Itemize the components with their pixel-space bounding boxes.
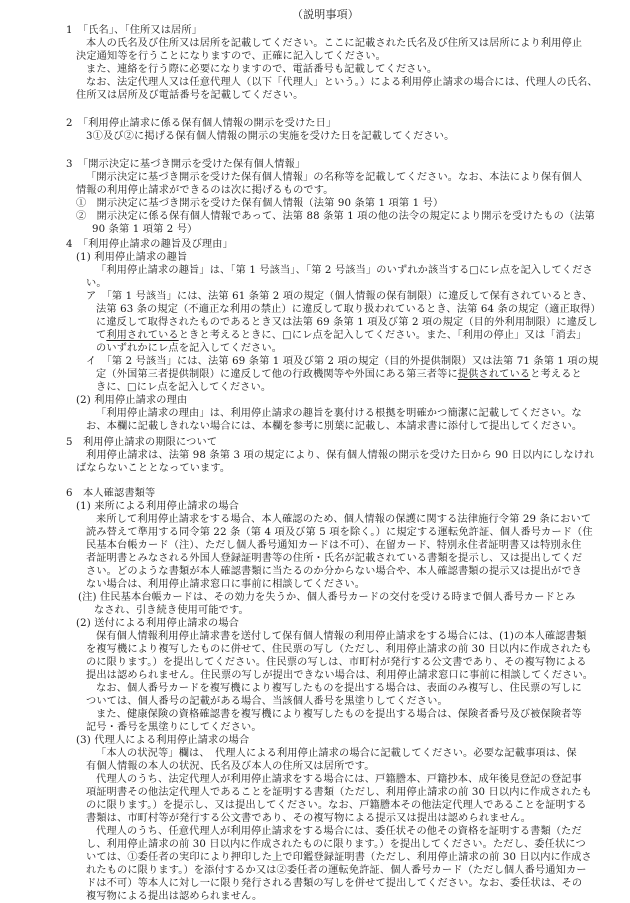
text-line: (3) 代理人による利用停止請求の場合 [76,735,249,747]
text-line: 住所又は居所及び電話番号を記載してください。 [76,90,303,102]
text-line: 1 「氏名」、「住所又は居所」 [66,25,202,37]
text-line: (2) 利用停止請求の理由 [76,395,187,407]
text-line: 情報の利用停止請求ができるのは次に掲げるものです。 [76,185,334,197]
text-segment: て [96,330,106,341]
text-line: れたものに限ります。）を添付するか又は②委任者の運転免許証、個人番号カード（ただ… [86,865,587,877]
text-line: 「利用停止請求の趣旨」は、「第 1 号該当」、「第 2 号該当」のいずれか該当す… [96,265,593,277]
text-line: ついては、個人番号の記載がある場合、当該個人番号を黒塗りしてください。 [86,696,448,708]
text-line: 保有個人情報利用停止請求書を送付して保有個人情報の利用停止請求をする場合には、(… [96,631,586,643]
text-line: 6 本人確認書類等 [66,488,155,500]
text-line: 4 「利用停止請求の趣旨及び理由」 [66,239,233,251]
text-line: ない場合は、利用停止請求窓口に事前に相談してください。 [86,579,365,591]
text-line: い。 [86,278,107,290]
text-line: 複写物による提出は認められません。 [86,891,262,903]
text-line: また、健康保険の資格確認書を複写機により複写したものを提出する場合は、保険者番号… [96,709,582,721]
text-line: (2) 送付による利用停止請求の場合 [76,618,239,630]
text-line: を複写機により複写したものに併せて、住民票の写し（ただし、利用停止請求の前 30… [86,644,592,656]
text-line: 来所して利用停止請求をする場合、本人確認のため、個人情報の保護に関する法律施行令… [96,514,591,526]
text-line: なお、法定代理人又は任意代理人（以下「代理人」という。）による利用停止請求の場合… [86,77,598,89]
text-line: 利用停止請求は、法第 98 条第 3 項の規定により、保有個人情報の開示を受けた… [86,450,594,462]
text-line: 90 条第 1 項第 2 号） [92,224,198,236]
text-line: ドは不可）等本人に対し一に限り発行される書類の写しを併せて提出してください。なお… [86,878,582,890]
text-line: 「開示決定に基づき開示を受けた保有個人情報」の名称等を記載してください。なお、本… [86,172,582,184]
text-line: 「本人の状況等」欄は、 代理人による利用停止請求の場合に記載してください。必要な… [96,748,577,760]
text-line: さい。どのような書類が本人確認書類に当たるのか分からない場合や、本人確認書類の提… [86,566,582,578]
text-line: 記号・番号を黒塗りにしてください。 [86,722,262,734]
text-line: (注) 住民基本台帳カードは、その効力を失うか、個人番号カードの交付を受ける時ま… [78,592,576,604]
text-line: ② 開示決定に係る保有個人情報であって、法第 88 条第 1 項の他の法令の規定… [76,211,595,223]
text-line: 決定通知等を行うことになりますので、正確に記入してください。 [76,51,386,63]
text-line: て利用されているときと考えるときに、□にレ点を記入してください。また、「利用の停… [96,330,587,342]
text-line: に違反して取得されたものであるとき又は法第 69 条第 1 項及び第 2 項の規… [96,317,598,329]
text-line: 5 利用停止請求の期限について [66,437,217,449]
text-line: 3 「開示決定に基づき開示を受けた保有個人情報」 [66,159,305,171]
text-line: ア 「第 1 号該当」には、法第 61 条第 2 項の規定（個人情報の保有制限）… [86,291,593,303]
underlined-text: 提供されている [458,369,530,380]
text-line: 有個人情報の本人の状況、氏名及び本人の住所又は居所です。 [86,761,375,773]
text-line: 提出は認められません。住民票の写しが提出できない場合は、利用停止請求窓口に事前に… [86,670,593,682]
text-line: 3①及び②に掲げる保有個人情報の開示の実施を受けた日を記載してください。 [86,131,454,143]
text-segment: と考えると [530,369,582,380]
text-line: 2 「利用停止請求に係る保有個人情報の開示を受けた日」 [66,118,336,130]
text-line: 項証明書その他法定代理人であることを証明する書類（ただし、利用停止請求の前 30… [86,787,592,799]
text-segment: 定（外国第三者提供制限）に違反して他の行政機関等や外国にある第三者等に [96,369,458,380]
text-line: いては、①委任者の実印により押印した上で印鑑登録証明書（ただし、利用停止請求の前… [86,852,592,864]
text-line: イ 「第 2 号該当」には、法第 69 条第 1 項及び第 2 項の規定（目的外… [86,356,598,368]
text-segment: ときと考えるときに、□にレ点を記入してください。また、「利用の停止」又は「消去」 [179,330,587,341]
text-line: 書類は、市町村等が発行する公文書であり、その複写物による提示又は提出は認められま… [86,813,531,825]
text-line: 代理人のうち、任意代理人が利用停止請求をする場合には、委任状その他その資格を証明… [96,826,582,838]
text-line: お、本欄に記載しきれない場合には、本欄を参考に別葉に記載し、本請求書に添付して提… [86,421,582,433]
text-line: 代理人のうち、法定代理人が利用停止請求をする場合には、戸籍謄本、戸籍抄本、成年後… [96,774,582,786]
underlined-text: 利用されている [106,330,178,341]
text-line: 「利用停止請求の理由」は、利用停止請求の趣旨を裏付ける根拠を明確かつ簡潔に記載し… [96,408,582,420]
page-title: （説明事項） [292,9,359,21]
text-line: また、連絡を行う際に必要になりますので、電話番号も記載してください。 [86,64,437,76]
text-line: 者証明書とみなされる外国人登録証明書等の住所・氏名が記載されている書類を提示し、… [86,553,582,565]
text-line: なされ、引き続き使用可能です。 [94,605,249,617]
text-line: (1) 来所による利用停止請求の場合 [76,501,239,513]
text-line: 読み替えて準用する同令第 22 条（第 4 項及び第 5 項を除く。）に規定する… [86,527,593,539]
explanatory-notes-page: （説明事項） 1 「氏名」、「住所又は居所」本人の氏名及び住所又は居所を記載して… [0,0,630,903]
text-line: ばならないこととなっています。 [76,463,230,475]
text-line: のに限ります。）を提示し、又は提出してください。なお、戸籍謄本その他法定代理人で… [86,800,587,812]
text-line: (1) 利用停止請求の趣旨 [76,252,187,264]
text-line: のに限ります。）を提出してください。住民票の写しは、市町村が発行する公文書であり… [86,657,587,669]
text-line: なお、個人番号カードを複写機により複写したものを提出する場合は、表面のみ複写し、… [96,683,582,695]
text-line: 民基本台帳カード（注）、ただし個人番号通知カードは不可）、在留カード、特別永住者… [86,540,581,552]
text-line: 定（外国第三者提供制限）に違反して他の行政機関等や外国にある第三者等に提供されて… [96,369,582,381]
text-line: のいずれかにレ点を記入してください。 [96,343,282,355]
text-line: きに、□にレ点を記入してください。 [96,382,271,394]
text-line: 法第 63 条の規定（不適正な利用の禁止）に違反して取り扱われているとき、法第 … [96,304,601,316]
text-line: ① 開示決定に基づき開示を受けた保有個人情報（法第 90 条第 1 項第 1 号… [76,198,443,210]
text-line: し、利用停止請求の前 30 日以内に作成されたものに限ります。）を提出してくださ… [86,839,586,851]
text-line: 本人の氏名及び住所又は居所を記載してください。ここに記載された氏名及び住所又は居… [86,38,582,50]
